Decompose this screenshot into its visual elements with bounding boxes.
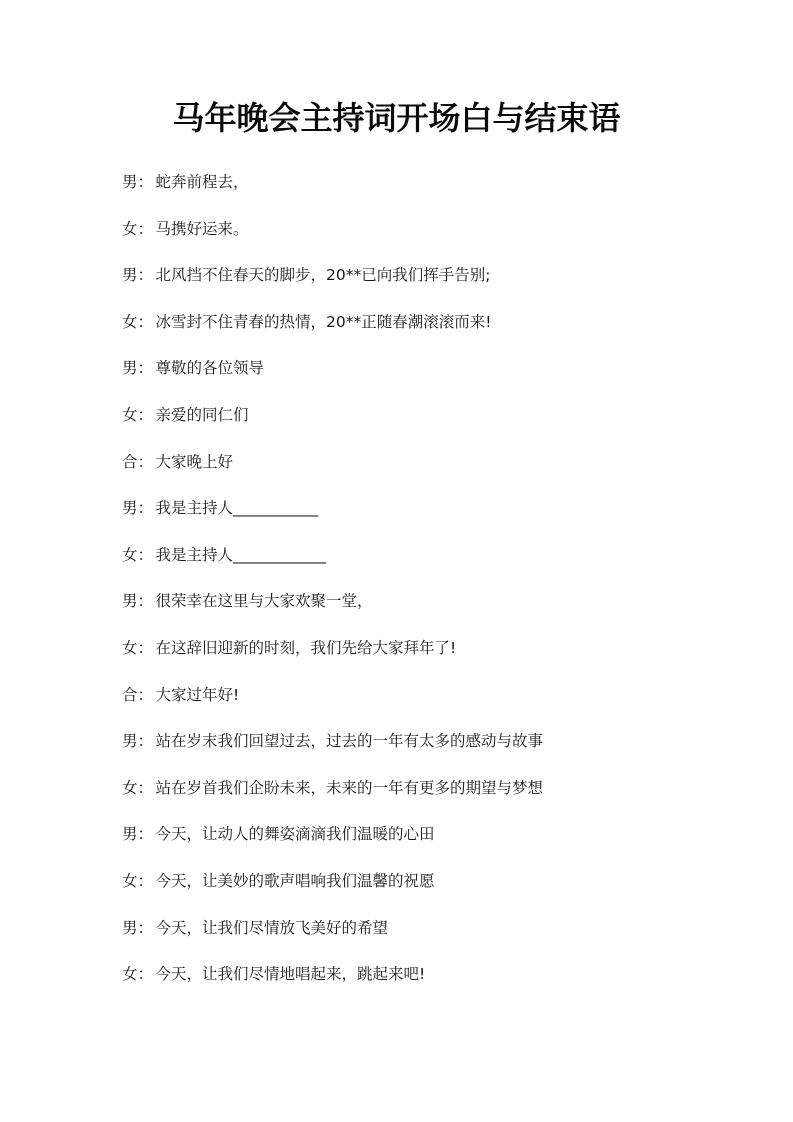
line-text: 我是主持人____________ [156,546,327,564]
speaker-separator: ： [138,543,156,567]
speaker-label: 男 [122,170,138,194]
speaker-separator: ： [138,356,156,380]
document-title: 马年晚会主持词开场白与结束语 [0,94,793,142]
line-text: 尊敬的各位领导 [156,359,265,377]
script-line: 合：大家晚上好 [122,450,682,497]
speaker-separator: ： [138,450,156,474]
speaker-separator: ： [138,776,156,800]
script-line: 男：今天，让我们尽情放飞美好的希望 [122,916,682,963]
script-line: 女：在这辞旧迎新的时刻，我们先给大家拜年了! [122,636,682,683]
line-text: 站在岁末我们回望过去，过去的一年有太多的感动与故事 [156,732,544,750]
speaker-label: 合 [122,450,138,474]
line-text: 马携好运来。 [156,220,249,238]
speaker-label: 男 [122,356,138,380]
script-line: 男：北风挡不住春天的脚步，20**已向我们挥手告别; [122,263,682,310]
speaker-separator: ： [138,170,156,194]
speaker-separator: ： [138,403,156,427]
script-line: 女：亲爱的同仁们 [122,403,682,450]
line-text: 冰雪封不住青春的热情，20**正随春潮滚滚而来! [156,313,492,331]
speaker-label: 男 [122,496,138,520]
speaker-separator: ： [138,822,156,846]
script-line: 男：尊敬的各位领导 [122,356,682,403]
line-text: 很荣幸在这里与大家欢聚一堂， [156,592,373,610]
speaker-label: 女 [122,310,138,334]
script-line: 男：蛇奔前程去， [122,170,682,217]
speaker-label: 女 [122,776,138,800]
speaker-separator: ： [138,729,156,753]
line-text: 我是主持人___________ [156,499,319,517]
script-line: 女：马携好运来。 [122,217,682,264]
line-text: 北风挡不住春天的脚步，20**已向我们挥手告别; [156,266,491,284]
speaker-label: 男 [122,916,138,940]
line-text: 在这辞旧迎新的时刻，我们先给大家拜年了! [156,639,457,657]
script-lines: 男：蛇奔前程去， 女：马携好运来。 男：北风挡不住春天的脚步，20**已向我们挥… [122,170,682,1009]
speaker-label: 女 [122,543,138,567]
line-text: 大家过年好! [156,686,240,704]
document-page: 马年晚会主持词开场白与结束语 男：蛇奔前程去， 女：马携好运来。 男：北风挡不住… [0,0,793,1122]
line-text: 今天，让我们尽情放飞美好的希望 [156,919,389,937]
speaker-label: 男 [122,263,138,287]
script-line: 男：很荣幸在这里与大家欢聚一堂， [122,589,682,636]
speaker-separator: ： [138,683,156,707]
script-line: 女：今天，让美妙的歌声唱响我们温馨的祝愿 [122,869,682,916]
speaker-label: 女 [122,217,138,241]
script-line: 男：站在岁末我们回望过去，过去的一年有太多的感动与故事 [122,729,682,776]
speaker-label: 女 [122,636,138,660]
line-text: 今天，让美妙的歌声唱响我们温馨的祝愿 [156,872,435,890]
speaker-separator: ： [138,962,156,986]
script-line: 女：我是主持人____________ [122,543,682,590]
script-line: 女：今天，让我们尽情地唱起来，跳起来吧! [122,962,682,1009]
line-text: 蛇奔前程去， [156,173,249,191]
speaker-label: 女 [122,403,138,427]
script-line: 女：站在岁首我们企盼未来，未来的一年有更多的期望与梦想 [122,776,682,823]
script-line: 女：冰雪封不住青春的热情，20**正随春潮滚滚而来! [122,310,682,357]
speaker-separator: ： [138,496,156,520]
speaker-label: 男 [122,822,138,846]
line-text: 今天，让动人的舞姿滴滴我们温暖的心田 [156,825,435,843]
speaker-separator: ： [138,589,156,613]
speaker-separator: ： [138,263,156,287]
line-text: 站在岁首我们企盼未来，未来的一年有更多的期望与梦想 [156,779,544,797]
speaker-label: 合 [122,683,138,707]
speaker-separator: ： [138,636,156,660]
speaker-label: 女 [122,869,138,893]
speaker-label: 女 [122,962,138,986]
speaker-separator: ： [138,916,156,940]
script-line: 男：今天，让动人的舞姿滴滴我们温暖的心田 [122,822,682,869]
line-text: 亲爱的同仁们 [156,406,249,424]
speaker-separator: ： [138,217,156,241]
speaker-separator: ： [138,869,156,893]
line-text: 今天，让我们尽情地唱起来，跳起来吧! [156,965,426,983]
script-line: 男：我是主持人___________ [122,496,682,543]
speaker-label: 男 [122,589,138,613]
script-line: 合：大家过年好! [122,683,682,730]
speaker-label: 男 [122,729,138,753]
line-text: 大家晚上好 [156,453,234,471]
speaker-separator: ： [138,310,156,334]
